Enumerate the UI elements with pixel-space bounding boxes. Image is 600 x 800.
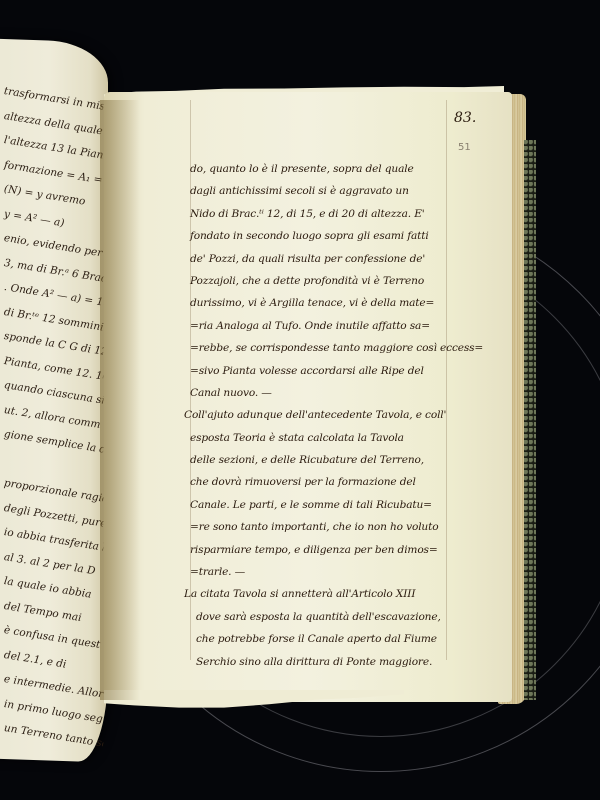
- text-line: =sivo Pianta volesse accordarsi alle Rip…: [190, 360, 452, 382]
- manuscript-photo: trasformarsi in mist altezza della quale…: [0, 0, 600, 800]
- text-line: Canal nuovo. —: [190, 382, 452, 404]
- text-line: do, quanto lo è il presente, sopra del q…: [190, 158, 452, 180]
- book-gutter-shadow: [100, 100, 140, 700]
- text-line: esposta Teoria è stata calcolata la Tavo…: [190, 427, 452, 449]
- text-line: Serchio sino alla dirittura di Ponte mag…: [190, 651, 452, 673]
- text-line: che dovrà rimuoversi per la formazione d…: [190, 471, 452, 493]
- text-line: =ria Analoga al Tufo. Onde inutile affat…: [190, 315, 452, 337]
- left-page: trasformarsi in mist altezza della quale…: [0, 37, 108, 762]
- text-line: dagli antichissimi secoli si è aggravato…: [190, 180, 452, 202]
- text-line: Pozzajoli, che a dette profondità vi è T…: [190, 270, 452, 292]
- paragraph-start-line: La citata Tavola si annetterà all'Artico…: [184, 583, 452, 605]
- text-line: fondato in secondo luogo sopra gli esami…: [190, 225, 452, 247]
- secondary-folio-number: 51: [458, 142, 471, 153]
- text-line: risparmiare tempo, e diligenza per ben d…: [190, 539, 452, 561]
- text-line: dove sarà esposta la quantità dell'escav…: [190, 606, 452, 628]
- text-line: che potrebbe forse il Canale aperto dal …: [190, 628, 452, 650]
- text-line: de' Pozzi, da quali risulta per confessi…: [190, 248, 452, 270]
- folio-number: 83.: [454, 110, 476, 126]
- left-page-text: trasformarsi in mist altezza della quale…: [4, 79, 104, 744]
- marbled-cover-edge: [524, 140, 536, 700]
- paragraph-start-line: Coll'ajuto adunque dell'antecedente Tavo…: [184, 404, 452, 426]
- text-line: delle sezioni, e delle Ricubature del Te…: [190, 449, 452, 471]
- text-line: durissimo, vi è Argilla tenace, vi è del…: [190, 292, 452, 314]
- right-page-text: do, quanto lo è il presente, sopra del q…: [190, 158, 452, 673]
- text-line: =rebbe, se corrispondesse tanto maggiore…: [190, 337, 452, 359]
- text-line: =re sono tanto importanti, che io non ho…: [190, 516, 452, 538]
- text-line: =trarle. —: [190, 561, 452, 583]
- text-line: Nido di Brac.ᵗⁱ 12, di 15, e di 20 di al…: [190, 203, 452, 225]
- text-line: Canale. Le parti, e le somme di tali Ric…: [190, 494, 452, 516]
